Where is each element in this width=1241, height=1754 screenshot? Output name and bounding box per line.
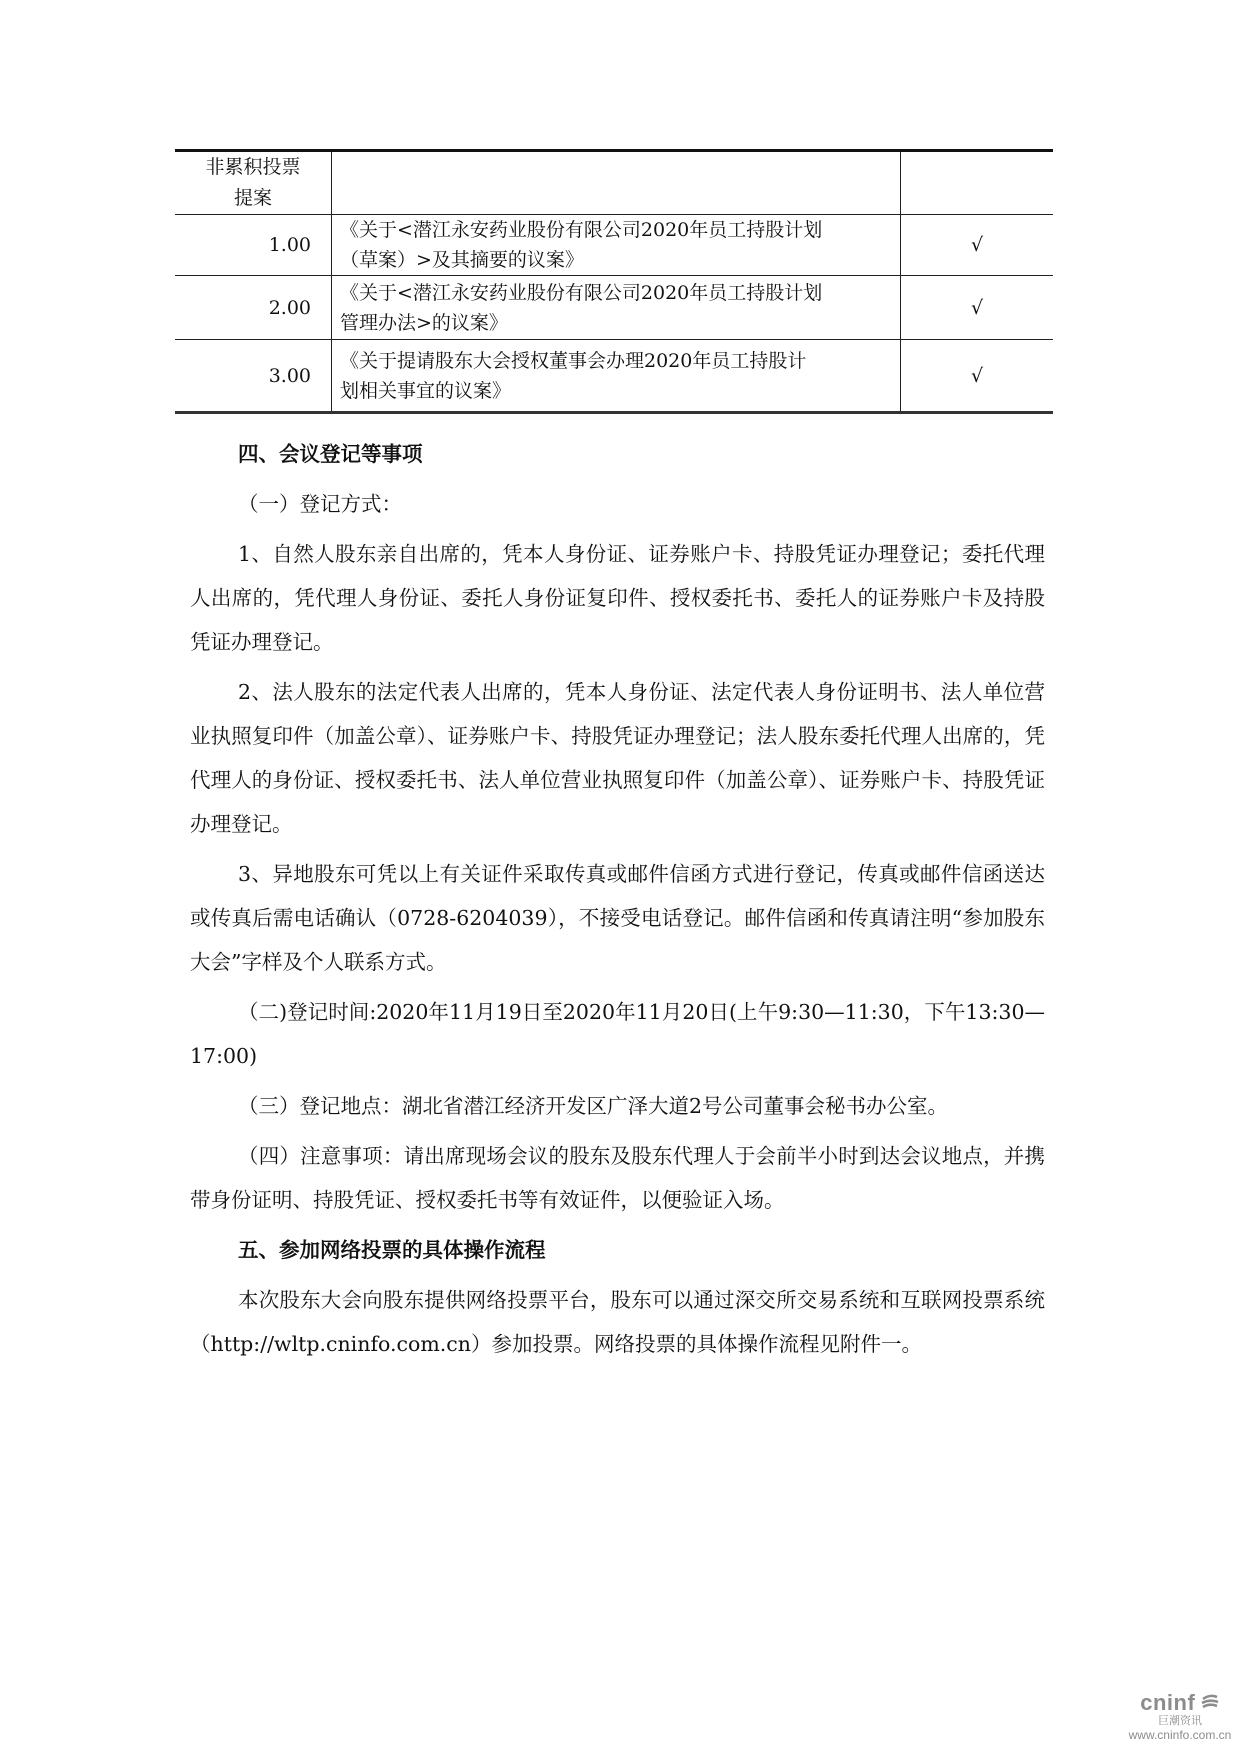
proposal-name-line1: 《关于<潜江永安药业股份有限公司2020年员工持股计划 xyxy=(340,215,900,245)
proposal-name-line1: 《关于提请股东大会授权董事会办理2020年员工持股计 xyxy=(340,346,900,376)
check-mark-icon: √ xyxy=(901,340,1054,413)
section-4: 四、会议登记等事项 （一）登记方式： 1、自然人股东亲自出席的，凭本人身份证、证… xyxy=(190,432,1045,1366)
section-5-heading: 五、参加网络投票的具体操作流程 xyxy=(190,1228,1045,1272)
check-mark-icon: √ xyxy=(901,276,1054,340)
document-page: 非累积投票 提案 1.00 《关于<潜江永安药业股份有限公司2020年员工持股计… xyxy=(0,0,1241,1754)
header-label-line1: 非累积投票 xyxy=(175,152,331,183)
proposal-code: 2.00 xyxy=(175,276,332,340)
registration-item-1: 1、自然人股东亲自出席的，凭本人身份证、证券账户卡、持股凭证办理登记；委托代理人… xyxy=(190,532,1045,664)
empty-cell xyxy=(332,151,901,215)
table-header-row: 非累积投票 提案 xyxy=(175,151,1053,215)
cninfo-watermark: cninf 巨潮资讯 www.cninfo.com.cn xyxy=(1120,1690,1240,1742)
proposal-name-line2: （草案）>及其摘要的议案》 xyxy=(340,245,900,275)
registration-method-heading: （一）登记方式： xyxy=(190,482,1045,526)
empty-cell xyxy=(901,151,1054,215)
proposal-name: 《关于<潜江永安药业股份有限公司2020年员工持股计划 管理办法>的议案》 xyxy=(332,276,901,340)
proposal-name-line2: 管理办法>的议案》 xyxy=(340,308,900,338)
proposal-name-line2: 划相关事宜的议案》 xyxy=(340,376,900,406)
registration-location: （三）登记地点：湖北省潜江经济开发区广泽大道2号公司董事会秘书办公室。 xyxy=(190,1084,1045,1128)
proposal-table: 非累积投票 提案 1.00 《关于<潜江永安药业股份有限公司2020年员工持股计… xyxy=(175,149,1053,414)
proposal-name: 《关于<潜江永安药业股份有限公司2020年员工持股计划 （草案）>及其摘要的议案… xyxy=(332,215,901,276)
check-mark-icon: √ xyxy=(901,215,1054,276)
proposal-name-line1: 《关于<潜江永安药业股份有限公司2020年员工持股计划 xyxy=(340,278,900,308)
table-row: 1.00 《关于<潜江永安药业股份有限公司2020年员工持股计划 （草案）>及其… xyxy=(175,215,1053,276)
registration-item-3: 3、异地股东可凭以上有关证件采取传真或邮件信函方式进行登记，传真或邮件信函送达或… xyxy=(190,852,1045,984)
proposal-code: 1.00 xyxy=(175,215,332,276)
proposal-name: 《关于提请股东大会授权董事会办理2020年员工持股计 划相关事宜的议案》 xyxy=(332,340,901,413)
proposal-code: 3.00 xyxy=(175,340,332,413)
watermark-url: www.cninfo.com.cn xyxy=(1120,1728,1240,1742)
registration-time: （二)登记时间:2020年11月19日至2020年11月20日(上午9:30—1… xyxy=(190,990,1045,1078)
proposal-category-cell: 非累积投票 提案 xyxy=(175,151,332,215)
registration-item-2: 2、法人股东的法定代表人出席的，凭本人身份证、法定代表人身份证明书、法人单位营业… xyxy=(190,670,1045,846)
cninfo-swirl-icon xyxy=(1200,1694,1220,1712)
section-4-heading: 四、会议登记等事项 xyxy=(190,432,1045,476)
online-voting-paragraph: 本次股东大会向股东提供网络投票平台，股东可以通过深交所交易系统和互联网投票系统（… xyxy=(190,1278,1045,1366)
brand-chinese: 巨潮资讯 xyxy=(1120,1712,1240,1728)
header-label-line2: 提案 xyxy=(175,183,331,214)
table-row: 2.00 《关于<潜江永安药业股份有限公司2020年员工持股计划 管理办法>的议… xyxy=(175,276,1053,340)
table-row: 3.00 《关于提请股东大会授权董事会办理2020年员工持股计 划相关事宜的议案… xyxy=(175,340,1053,413)
registration-notes: （四）注意事项：请出席现场会议的股东及股东代理人于会前半小时到达会议地点，并携带… xyxy=(190,1134,1045,1222)
